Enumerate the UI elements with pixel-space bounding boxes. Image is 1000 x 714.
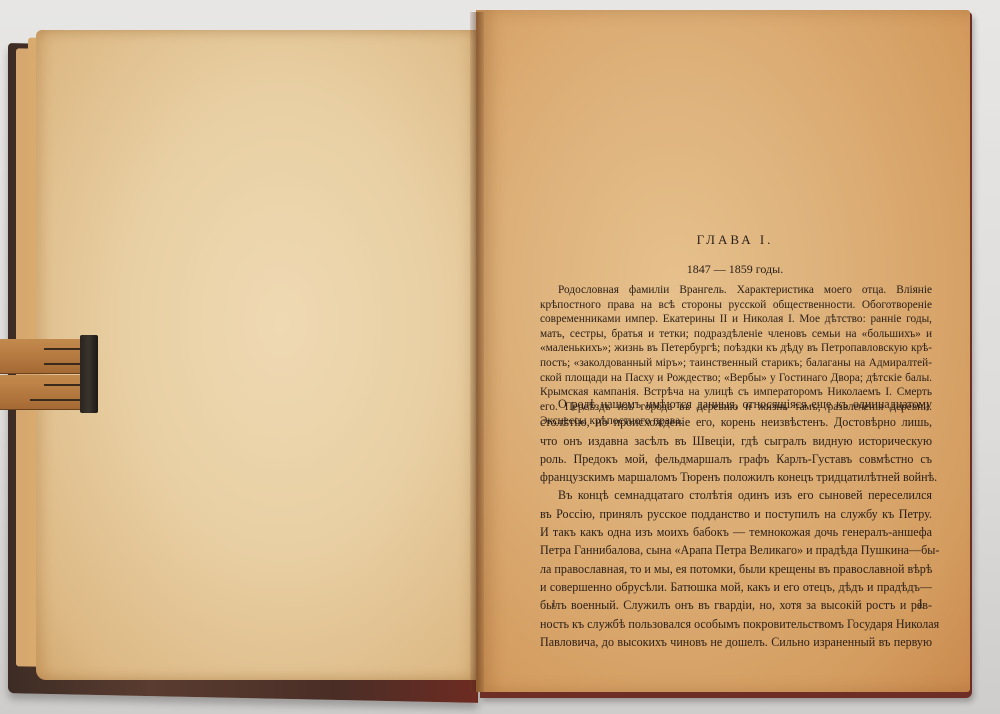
summary-line: современниками импер. Екатерины II и Ник… [540,312,932,327]
summary-line: пость; «заколдованный міръ»; таинственны… [540,356,932,371]
body-line: И такъ какъ одна изъ моихъ бабокъ — темн… [540,523,932,541]
clip-mark [44,384,80,386]
clip-mark [30,399,80,401]
clip-cap [80,335,98,413]
book-gutter [470,12,484,692]
clip-mark [44,363,80,365]
body-line: О родѣ нашемъ имѣются данныя, относящіяс… [540,395,932,413]
wooden-clip-icon [0,335,98,413]
body-line: ла православная, то и мы, ея потомки, бы… [540,560,932,578]
summary-line: ской площади на Пасху и Рождество; «Верб… [540,371,932,386]
body-line: столѣтію, но происхожденіе его, корень н… [540,413,932,431]
clip-bar-bottom [0,375,86,410]
body-line: французскимъ маршаломъ Тюренъ положилъ к… [540,468,932,486]
chapter-years: 1847 — 1859 годы. [540,262,930,277]
page-number: 1 [917,597,924,613]
body-line: ность къ службѣ пользовался особымъ покр… [540,615,932,633]
clip-mark [44,348,80,350]
chapter-body: О родѣ нашемъ имѣются данныя, относящіяс… [540,395,932,651]
left-page-blank[interactable] [36,30,482,680]
signature-mark: 1 [551,598,557,610]
body-line: и совершенно обрусѣли. Батюшка мой, какъ… [540,578,932,596]
body-line: Петра Ганнибалова, сына «Арапа Петра Вел… [540,541,932,559]
body-line: въ Россію, принялъ русское подданство и … [540,505,932,523]
body-line: что онъ издавна засѣлъ въ Швеціи, гдѣ сы… [540,432,932,450]
summary-line: Родословная фамилiи Врангель. Характерис… [540,283,932,298]
summary-line: мать, сестры, братья и тетки; подраздѣле… [540,327,932,342]
summary-line: крѣпостного права на всѣ стороны русской… [540,298,932,313]
body-line: былъ военный. Служилъ онъ въ гвардіи, но… [540,596,932,614]
body-line: Павловича, до высокихъ чиновъ не дошелъ.… [540,633,932,651]
body-line: роль. Предокъ мой, фельдмаршалъ графъ Ка… [540,450,932,468]
summary-line: «маленькихъ»; жизнь въ Петербургѣ; поѣзд… [540,341,932,356]
clip-bar-top [0,339,86,374]
body-line: Въ концѣ семнадцатаго столѣтія одинъ изъ… [540,486,932,504]
chapter-heading: ГЛАВА I. [540,232,930,248]
